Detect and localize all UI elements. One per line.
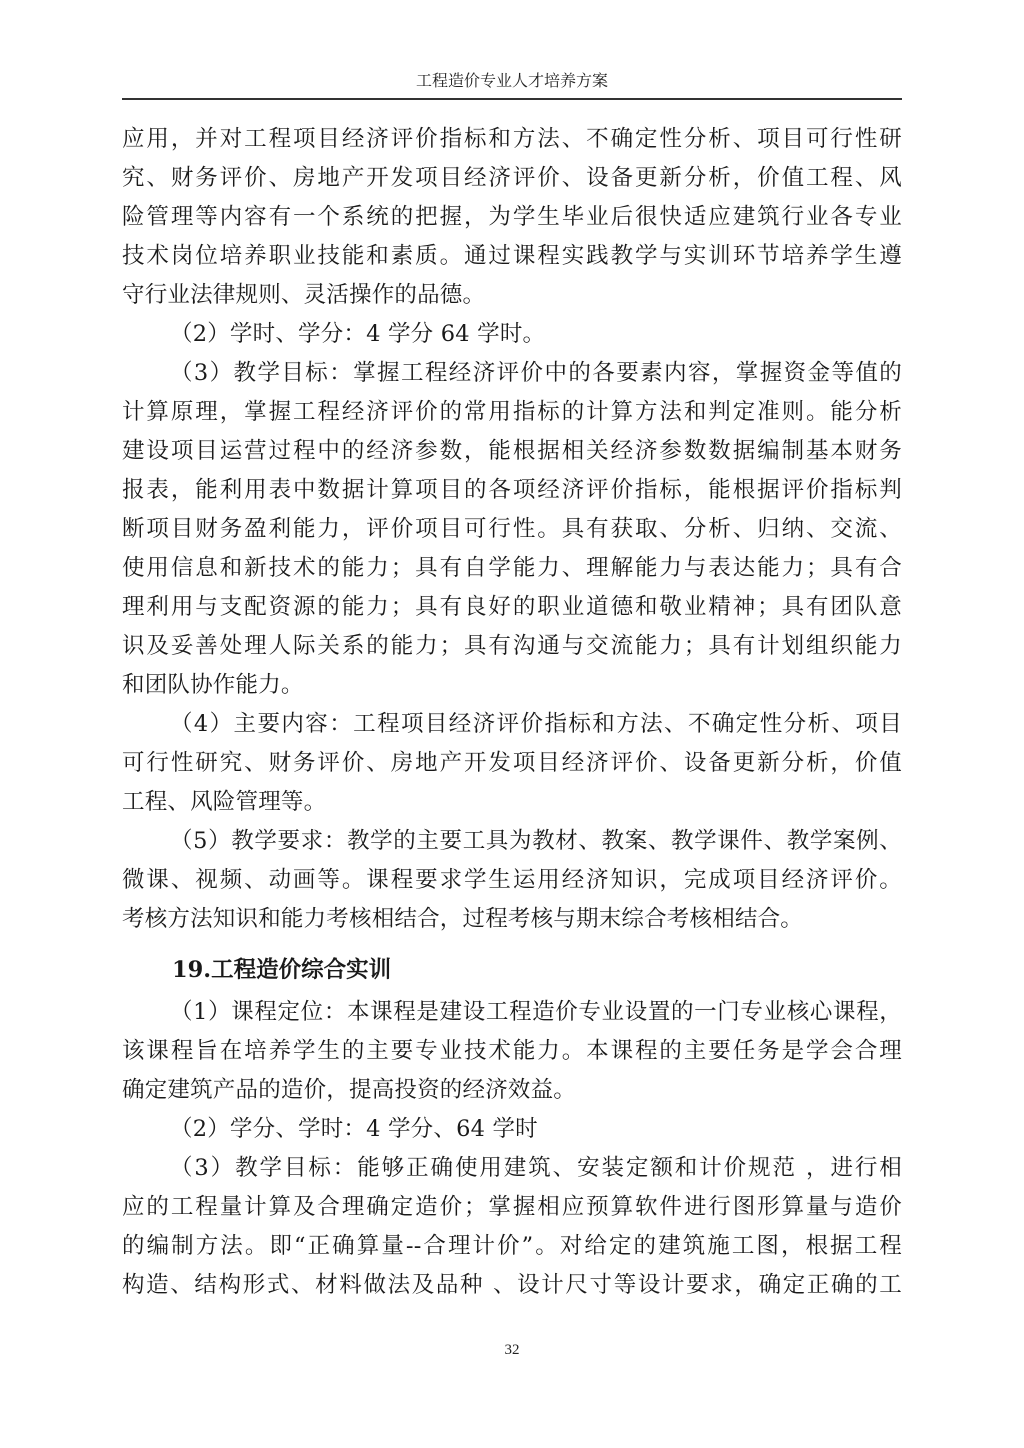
text-line: 可行性研究、财务评价、房地产开发项目经济评价、设备更新分析，价值 [122, 744, 902, 783]
text-line: （2）学分、学时：4 学分、64 学时 [122, 1110, 902, 1149]
text-line: 技术岗位培养职业技能和素质。通过课程实践教学与实训环节培养学生遵 [122, 237, 902, 276]
document-body: 应用，并对工程项目经济评价指标和方法、不确定性分析、项目可行性研 究、财务评价、… [122, 120, 902, 1305]
running-header: 工程造价专业人才培养方案 [122, 70, 902, 92]
header-rule [122, 98, 902, 100]
text-line: （2）学时、学分：4 学分 64 学时。 [122, 315, 902, 354]
text-line: 守行业法律规则、灵活操作的品德。 [122, 276, 902, 315]
text-line: 该课程旨在培养学生的主要专业技术能力。本课程的主要任务是学会合理 [122, 1032, 902, 1071]
text-line: （3）教学目标：掌握工程经济评价中的各要素内容，掌握资金等值的 [122, 354, 902, 393]
text-line: 建设项目运营过程中的经济参数，能根据相关经济参数数据编制基本财务 [122, 432, 902, 471]
text-line: 险管理等内容有一个系统的把握，为学生毕业后很快适应建筑行业各专业 [122, 198, 902, 237]
course19-positioning: （1）课程定位：本课程是建设工程造价专业设置的一门专业核心课程， 该课程旨在培养… [122, 993, 902, 1110]
text-line: 应用，并对工程项目经济评价指标和方法、不确定性分析、项目可行性研 [122, 120, 902, 159]
text-line: 使用信息和新技术的能力；具有自学能力、理解能力与表达能力；具有合 [122, 549, 902, 588]
text-line: 和团队协作能力。 [122, 666, 902, 705]
text-line: （1）课程定位：本课程是建设工程造价专业设置的一门专业核心课程， [122, 993, 902, 1032]
text-line: 考核方法知识和能力考核相结合，过程考核与期末综合考核相结合。 [122, 900, 902, 939]
section-heading-course19: 19.工程造价综合实训 [122, 947, 902, 993]
course19-objectives: （3）教学目标：能够正确使用建筑、安装定额和计价规范 ，进行相 应的工程量计算及… [122, 1149, 902, 1305]
text-line: 构造、结构形式、材料做法及品种 、设计尺寸等设计要求，确定正确的工 [122, 1266, 902, 1305]
course18-requirements: （5）教学要求：教学的主要工具为教材、教案、教学课件、教学案例、 微课、视频、动… [122, 822, 902, 939]
text-line: （4）主要内容：工程项目经济评价指标和方法、不确定性分析、项目 [122, 705, 902, 744]
text-line: 应的工程量计算及合理确定造价；掌握相应预算软件进行图形算量与造价 [122, 1188, 902, 1227]
page-number: 32 [0, 1342, 1024, 1359]
text-line: 确定建筑产品的造价，提高投资的经济效益。 [122, 1071, 902, 1110]
text-line: 微课、视频、动画等。课程要求学生运用经济知识，完成项目经济评价。 [122, 861, 902, 900]
text-line: 计算原理，掌握工程经济评价的常用指标的计算方法和判定准则。能分析 [122, 393, 902, 432]
course18-objectives: （3）教学目标：掌握工程经济评价中的各要素内容，掌握资金等值的 计算原理，掌握工… [122, 354, 902, 705]
text-line: （5）教学要求：教学的主要工具为教材、教案、教学课件、教学案例、 [122, 822, 902, 861]
text-line: 究、财务评价、房地产开发项目经济评价、设备更新分析，价值工程、风 [122, 159, 902, 198]
text-line: 断项目财务盈利能力，评价项目可行性。具有获取、分析、归纳、交流、 [122, 510, 902, 549]
course18-content: （4）主要内容：工程项目经济评价指标和方法、不确定性分析、项目 可行性研究、财务… [122, 705, 902, 822]
text-line: 的编制方法。即“正确算量--合理计价”。对给定的建筑施工图，根据工程 [122, 1227, 902, 1266]
text-line: 识及妥善处理人际关系的能力；具有沟通与交流能力；具有计划组织能力 [122, 627, 902, 666]
course19-credits-hours: （2）学分、学时：4 学分、64 学时 [122, 1110, 902, 1149]
continuation-paragraph: 应用，并对工程项目经济评价指标和方法、不确定性分析、项目可行性研 究、财务评价、… [122, 120, 902, 315]
text-line: 报表，能利用表中数据计算项目的各项经济评价指标，能根据评价指标判 [122, 471, 902, 510]
course18-hours-credits: （2）学时、学分：4 学分 64 学时。 [122, 315, 902, 354]
text-line: 理利用与支配资源的能力；具有良好的职业道德和敬业精神；具有团队意 [122, 588, 902, 627]
text-line: 工程、风险管理等。 [122, 783, 902, 822]
text-line: （3）教学目标：能够正确使用建筑、安装定额和计价规范 ，进行相 [122, 1149, 902, 1188]
